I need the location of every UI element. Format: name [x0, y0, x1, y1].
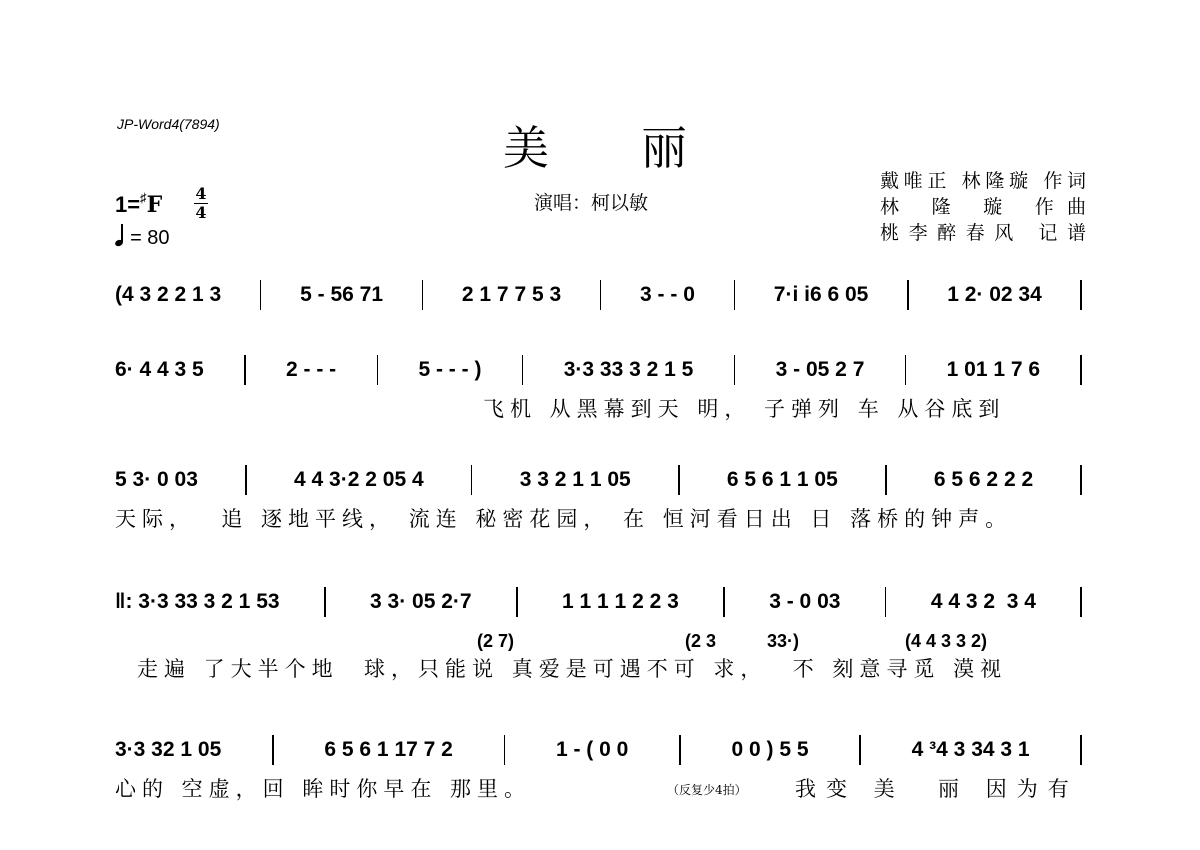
alternate-ending: (4 4 3 3 2): [905, 631, 987, 652]
measure: 1 01 1 7 6: [947, 358, 1040, 382]
alternate-ending: (2 7): [477, 631, 514, 652]
repeat-note: （反复少4拍）: [667, 781, 747, 798]
tempo-marking: = 80: [115, 226, 170, 250]
measure: ‖: 3·3 33 3 2 1 53: [115, 590, 280, 614]
staff-row-5: 3·3 32 1 05 6 5 6 1 17 7 2 1 - ( 0 0 0 0…: [115, 735, 1090, 803]
staff-row-4: ‖: 3·3 33 3 2 1 53 3 3· 05 2·7 1 1 1 1 2…: [115, 587, 1090, 683]
staff-row-2: 6· 4 4 3 5 2 - - - 5 - - - ) 3·3 33 3 2 …: [115, 355, 1090, 423]
key-tonic: 1=: [115, 192, 140, 217]
measure: 6 5 6 1 17 7 2: [324, 738, 452, 762]
measure: 7·i i6 6 05: [774, 283, 869, 307]
measure: 1 2· 02 34: [947, 283, 1042, 307]
measure: 6 5 6 1 1 05: [727, 468, 838, 492]
measure: 6 5 6 2 2 2: [934, 468, 1033, 492]
measure: 4 4 3 2 3 4: [931, 590, 1036, 614]
alternate-ending: (2 3: [685, 631, 716, 652]
time-signature: 4 4: [194, 186, 208, 221]
measure: 5 - - - ): [418, 358, 481, 382]
software-watermark: JP-Word4(7894): [117, 116, 220, 132]
measure: (4 3 2 2 1 3: [115, 283, 221, 307]
measure: 2 - - -: [286, 358, 336, 382]
key-note: F: [147, 192, 163, 218]
lyricist-credit: 戴唯正 林隆璇 作词: [880, 168, 1086, 194]
measure: 6· 4 4 3 5: [115, 358, 204, 382]
measure: 4 ³4 3 34 3 1: [912, 738, 1030, 762]
measure: 3·3 32 1 05: [115, 738, 221, 762]
measure: 3·3 33 3 2 1 5: [564, 358, 694, 382]
lyrics-line: 走遍 了大半个地 球，只能说 真爱是可遇不可 求， 不 刻意寻觅 漠视: [137, 653, 1090, 683]
tempo-value: = 80: [130, 227, 169, 249]
transcriber-credit: 桃李醉春风 记谱: [880, 220, 1086, 246]
title-char-2: 丽: [641, 112, 687, 178]
alternate-ending: 33·): [767, 631, 799, 652]
measure: 0 0 ) 5 5: [731, 738, 808, 762]
song-title: 美丽: [503, 112, 687, 178]
composer-credit: 林 隆 璇 作曲: [880, 194, 1086, 220]
measure: 3 - - 0: [640, 283, 695, 307]
measure: 3 - 0 03: [769, 590, 840, 614]
credits-block: 戴唯正 林隆璇 作词 林 隆 璇 作曲 桃李醉春风 记谱: [880, 168, 1086, 246]
measure: 3 3· 05 2·7: [370, 590, 472, 614]
lyrics-line: 天际， 追 逐地平线， 流连 秘密花园， 在 恒河看日出 日 落桥的钟声。: [115, 503, 1090, 533]
staff-row-1: (4 3 2 2 1 3 5 - 56 71 2 1 7 7 5 3 3 - -…: [115, 280, 1090, 310]
measure: 3 3 2 1 1 05: [520, 468, 631, 492]
singer-credit: 演唱：柯以敏: [534, 188, 648, 215]
time-top: 4: [194, 186, 208, 202]
lyrics-line: 飞机 从黑幕到天 明， 子弹列 车 从谷底到: [483, 393, 1090, 423]
lyrics-line-tail: 我变 美 丽 因为有: [795, 773, 1079, 803]
measure: 5 3· 0 03: [115, 468, 198, 492]
measure: 3 - 05 2 7: [776, 358, 865, 382]
measure: 1 - ( 0 0: [556, 738, 628, 762]
measure: 4 4 3·2 2 05 4: [294, 468, 424, 492]
measure: 5 - 56 71: [300, 283, 383, 307]
measure: 2 1 7 7 5 3: [462, 283, 561, 307]
title-char-1: 美: [503, 112, 549, 178]
staff-row-3: 5 3· 0 03 4 4 3·2 2 05 4 3 3 2 1 1 05 6 …: [115, 465, 1090, 533]
measure: 1 1 1 1 2 2 3: [562, 590, 679, 614]
key-signature: 1=♯F: [115, 190, 162, 218]
time-bottom: 4: [194, 205, 208, 221]
